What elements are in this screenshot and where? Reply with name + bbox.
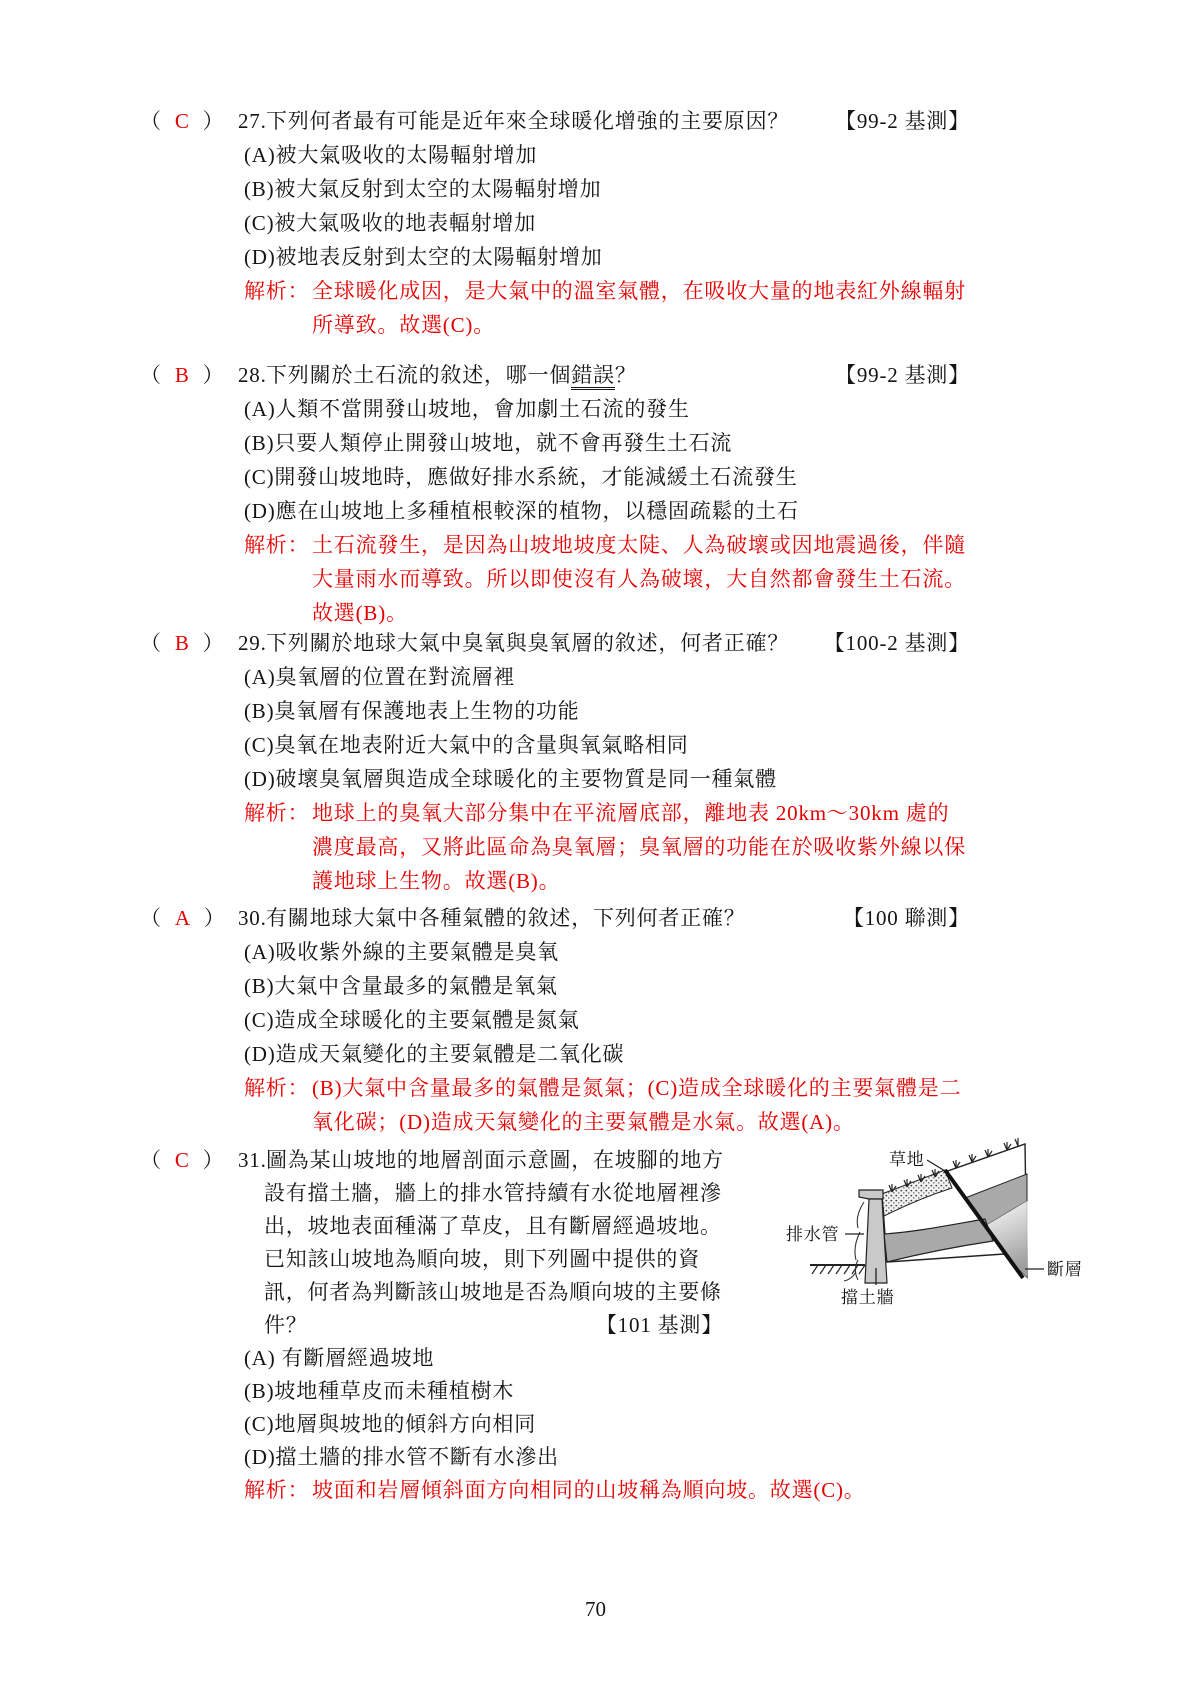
- explanation: 解析： 地球上的臭氧大部分集中在平流層底部，離地表 20km～30km 處的 濃…: [138, 796, 970, 898]
- option-a: (A)人類不當開發山坡地，會加劇土石流的發生: [244, 392, 970, 426]
- answer-letter: C: [175, 104, 190, 138]
- answer-box: （C）: [138, 1144, 238, 1177]
- option-d: (D)造成天氣變化的主要氣體是二氧化碳: [244, 1037, 970, 1071]
- question-stem-line: 圖為某山坡地的地層剖面示意圖，在坡腳的地方: [266, 1144, 724, 1177]
- question-27-header: （C） 27. 下列何者最有可能是近年來全球暖化增強的主要原因？ 【99-2 基…: [138, 104, 970, 138]
- option-c: (C)造成全球暖化的主要氣體是氮氣: [244, 1003, 970, 1037]
- question-28: （B） 28. 下列關於土石流的敘述，哪一個錯誤？ 【99-2 基測】 (A)人…: [138, 358, 970, 630]
- option-c: (C)地層與坡地的傾斜方向相同: [244, 1408, 970, 1441]
- option-c: (C)開發山坡地時，應做好排水系統，才能減緩土石流發生: [244, 460, 970, 494]
- question-stem-lastline: 件？ 【101 基測】: [264, 1309, 723, 1342]
- explanation: 解析： 坡面和岩層傾斜面方向相同的山坡稱為順向坡。故選(C)。: [138, 1474, 970, 1507]
- explanation-text: (B)大氣中含量最多的氣體是氮氣；(C)造成全球暖化的主要氣體是二: [312, 1071, 961, 1105]
- answer-letter: B: [175, 626, 190, 660]
- explanation-line: 大量雨水而導致。所以即使沒有人為破壞，大自然都會發生土石流。: [312, 562, 970, 596]
- explanation: 解析： (B)大氣中含量最多的氣體是氮氣；(C)造成全球暖化的主要氣體是二 氧化…: [138, 1071, 970, 1139]
- explanation-line: 解析： 地球上的臭氧大部分集中在平流層底部，離地表 20km～30km 處的: [244, 796, 970, 830]
- question-30-header: （A） 30. 有關地球大氣中各種氣體的敘述，下列何者正確？ 【100 聯測】: [138, 901, 970, 935]
- answer-box: （A）: [138, 901, 238, 935]
- option-d: (D)應在山坡地上多種植根較深的植物，以穩固疏鬆的土石: [244, 494, 970, 528]
- explanation-label: 解析：: [244, 274, 312, 308]
- answer-box: （B）: [138, 626, 238, 660]
- explanation-line: 解析： 全球暖化成因，是大氣中的溫室氣體，在吸收大量的地表紅外線輻射: [244, 274, 970, 308]
- explanation-label: 解析：: [244, 1071, 312, 1105]
- question-number: 30.: [238, 901, 266, 935]
- explanation-text: 坡面和岩層傾斜面方向相同的山坡稱為順向坡。故選(C)。: [312, 1474, 866, 1507]
- open-paren: （: [140, 358, 162, 392]
- answer-box: （C）: [138, 104, 238, 138]
- close-paren: ）: [203, 104, 225, 138]
- option-c: (C)臭氧在地表附近大氣中的含量與氧氣略相同: [244, 728, 970, 762]
- open-paren: （: [140, 626, 162, 660]
- option-a: (A)臭氧層的位置在對流層裡: [244, 660, 970, 694]
- answer-box: （B）: [138, 358, 238, 392]
- drain-pipe-label: 排水管: [786, 1225, 839, 1244]
- explanation-line: 所導致。故選(C)。: [312, 308, 970, 342]
- question-stem: 下列關於地球大氣中臭氧與臭氧層的敘述，何者正確？: [266, 626, 789, 660]
- answer-letter: B: [175, 358, 190, 392]
- grass-label: 草地: [889, 1150, 925, 1169]
- option-b: (B)被大氣反射到太空的太陽輻射增加: [244, 172, 970, 206]
- question-30: （A） 30. 有關地球大氣中各種氣體的敘述，下列何者正確？ 【100 聯測】 …: [138, 901, 970, 1139]
- question-29: （B） 29. 下列關於地球大氣中臭氧與臭氧層的敘述，何者正確？ 【100-2 …: [138, 626, 970, 898]
- underlined-word: 錯誤: [571, 363, 615, 390]
- exam-source-tag: 【100 聯測】: [843, 901, 970, 935]
- grass-label-pointer: [927, 1160, 945, 1171]
- explanation-line: 解析： 坡面和岩層傾斜面方向相同的山坡稱為順向坡。故選(C)。: [244, 1474, 970, 1507]
- question-29-header: （B） 29. 下列關於地球大氣中臭氧與臭氧層的敘述，何者正確？ 【100-2 …: [138, 626, 970, 660]
- question-31: （C） 31. 圖為某山坡地的地層剖面示意圖，在坡腳的地方 設有擋土牆，牆上的排…: [138, 1144, 970, 1507]
- fault-label: 斷層: [1047, 1260, 1083, 1279]
- close-paren: ）: [203, 358, 225, 392]
- question-31-header: （C） 31. 圖為某山坡地的地層剖面示意圖，在坡腳的地方: [138, 1144, 723, 1177]
- option-d: (D)擋土牆的排水管不斷有水滲出: [244, 1441, 970, 1474]
- option-c: (C)被大氣吸收的地表輻射增加: [244, 206, 970, 240]
- explanation-line: 護地球上生物。故選(B)。: [312, 864, 970, 898]
- close-paren: ）: [204, 901, 226, 935]
- option-d: (D)被地表反射到太空的太陽輻射增加: [244, 240, 970, 274]
- page-number: 70: [0, 1592, 1191, 1626]
- question-number: 29.: [238, 626, 266, 660]
- exam-source-tag: 【99-2 基測】: [835, 358, 970, 392]
- answer-letter: A: [175, 901, 191, 935]
- explanation-label: 解析：: [244, 796, 312, 830]
- open-paren: （: [140, 1144, 162, 1177]
- question-number: 27.: [238, 104, 266, 138]
- question-number: 28.: [238, 358, 266, 392]
- option-d: (D)破壞臭氧層與造成全球暖化的主要物質是同一種氣體: [244, 762, 970, 796]
- explanation: 解析： 土石流發生，是因為山坡地坡度太陡、人為破壞或因地震過後，伴隨 大量雨水而…: [138, 528, 970, 630]
- option-b: (B)只要人類停止開發山坡地，就不會再發生土石流: [244, 426, 970, 460]
- question-stem: 有關地球大氣中各種氣體的敘述，下列何者正確？: [266, 901, 746, 935]
- explanation-text: 土石流發生，是因為山坡地坡度太陡、人為破壞或因地震過後，伴隨: [312, 528, 966, 562]
- open-paren: （: [140, 901, 162, 935]
- ground-hatching: [812, 1265, 865, 1274]
- question-28-header: （B） 28. 下列關於土石流的敘述，哪一個錯誤？ 【99-2 基測】: [138, 358, 970, 392]
- option-a: (A)吸收紫外線的主要氣體是臭氧: [244, 935, 970, 969]
- explanation-line: 濃度最高，又將此區命為臭氧層；臭氧層的功能在於吸收紫外線以保: [312, 830, 970, 864]
- explanation-text: 全球暖化成因，是大氣中的溫室氣體，在吸收大量的地表紅外線輻射: [312, 274, 966, 308]
- exam-source-tag: 【99-2 基測】: [835, 104, 970, 138]
- explanation-line: 解析： 土石流發生，是因為山坡地坡度太陡、人為破壞或因地震過後，伴隨: [244, 528, 970, 562]
- open-paren: （: [140, 104, 162, 138]
- retaining-wall-label: 擋土牆: [841, 1288, 894, 1307]
- slope-diagram: 草地 排水管 擋土牆 斷層: [760, 1134, 1120, 1339]
- option-b: (B)坡地種草皮而未種植樹木: [244, 1375, 970, 1408]
- exam-document-page: （C） 27. 下列何者最有可能是近年來全球暖化增強的主要原因？ 【99-2 基…: [0, 0, 1191, 1684]
- option-b: (B)大氣中含量最多的氣體是氧氣: [244, 969, 970, 1003]
- stem-text: 下列關於土石流的敘述，哪一個: [266, 363, 571, 387]
- option-a: (A)被大氣吸收的太陽輻射增加: [244, 138, 970, 172]
- explanation-text: 地球上的臭氧大部分集中在平流層底部，離地表 20km～30km 處的: [312, 796, 949, 830]
- slope-cross-section-figure: 草地 排水管 擋土牆 斷層: [760, 1134, 1120, 1339]
- close-paren: ）: [203, 626, 225, 660]
- explanation-line: 解析： (B)大氣中含量最多的氣體是氮氣；(C)造成全球暖化的主要氣體是二: [244, 1071, 970, 1105]
- explanation-label: 解析：: [244, 528, 312, 562]
- exam-source-tag: 【101 基測】: [596, 1309, 723, 1342]
- option-a: (A) 有斷層經過坡地: [244, 1342, 970, 1375]
- question-stem: 下列何者最有可能是近年來全球暖化增強的主要原因？: [266, 104, 789, 138]
- close-paren: ）: [203, 1144, 225, 1177]
- explanation-line: 故選(B)。: [312, 596, 970, 630]
- option-b: (B)臭氧層有保護地表上生物的功能: [244, 694, 970, 728]
- answer-letter: C: [175, 1144, 190, 1177]
- explanation: 解析： 全球暖化成因，是大氣中的溫室氣體，在吸收大量的地表紅外線輻射 所導致。故…: [138, 274, 970, 342]
- stem-text: ？: [615, 363, 637, 387]
- exam-source-tag: 【100-2 基測】: [824, 626, 970, 660]
- question-stem-line: 件？: [264, 1309, 308, 1342]
- question-27: （C） 27. 下列何者最有可能是近年來全球暖化增強的主要原因？ 【99-2 基…: [138, 104, 970, 342]
- explanation-label: 解析：: [244, 1474, 312, 1507]
- question-number: 31.: [238, 1144, 266, 1177]
- retaining-wall-cap: [859, 1190, 883, 1199]
- question-stem: 下列關於土石流的敘述，哪一個錯誤？: [266, 358, 637, 392]
